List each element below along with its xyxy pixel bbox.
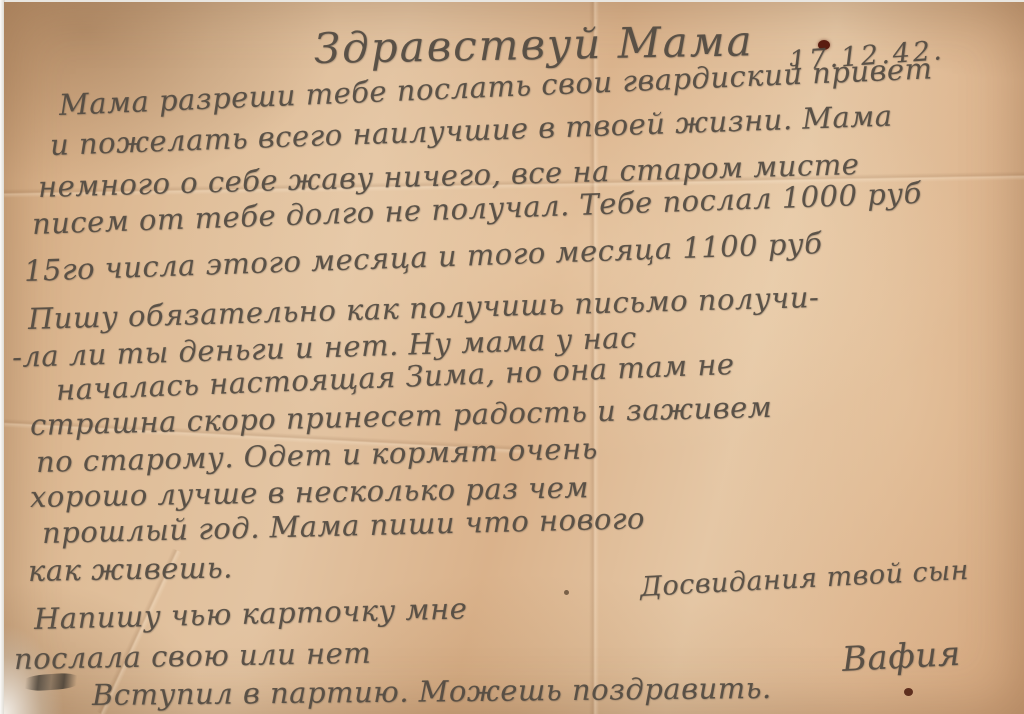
paper-fleck	[564, 590, 569, 595]
stain-spot-bottom	[904, 688, 913, 696]
letter-postscript: Вступил в партию. Можешь поздравить.	[92, 671, 772, 712]
letter-signature: Вафия	[841, 634, 962, 680]
letter-line: Напишу чью карточку мне	[34, 591, 468, 636]
letter-line: как живешь.	[28, 550, 233, 588]
scan-background: Здравствуй Мама 17.12.42. Мама разреши т…	[0, 0, 1024, 714]
letter-closing: Досвидания твой сын	[639, 555, 969, 603]
letter-line: послала свою или нет	[14, 636, 372, 676]
letter-paper: Здравствуй Мама 17.12.42. Мама разреши т…	[4, 2, 1024, 714]
